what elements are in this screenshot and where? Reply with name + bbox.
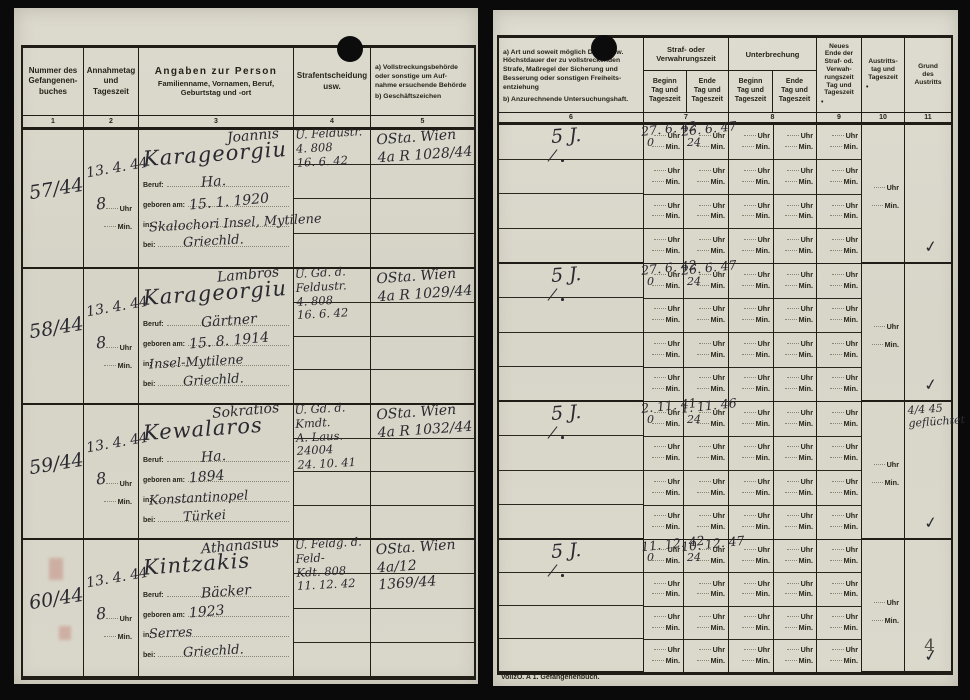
dauer-dot <box>561 159 564 162</box>
geboren-label: geboren am: <box>143 612 289 619</box>
min-label: Min. <box>830 556 858 567</box>
time-subcell: UhrMin. <box>774 264 816 299</box>
time-subcell: UhrMin. <box>774 229 816 263</box>
time-subcell: UhrMin. <box>774 540 816 573</box>
header-strafentscheidung: Strafentscheidung usw. <box>294 48 371 116</box>
time-subcell: UhrMin. <box>644 125 683 160</box>
min-label: Min. <box>785 488 813 499</box>
time-subcell: UhrMin. <box>729 471 773 506</box>
exit-day-cell: Uhr Min. <box>862 125 905 264</box>
min-label: Min. <box>697 656 725 667</box>
time-subcell: UhrMin. <box>644 573 683 606</box>
decision-cell: U. Feldg. d. Feld- Kdt. 808 11. 12. 42 <box>294 540 371 678</box>
interruption-begin-cell: UhrMin.UhrMin.UhrMin.UhrMin. <box>729 402 774 540</box>
min-label: Min. <box>830 211 858 222</box>
duration-cell: 5 J. <box>499 264 644 402</box>
time-subcell: UhrMin. <box>729 299 773 334</box>
uhr-label: Uhr <box>654 131 680 142</box>
header-unterbrechung-ende: Ende Tag und Tageszeit <box>773 71 816 112</box>
new-end-cell: UhrMin.UhrMin.UhrMin.UhrMin. <box>817 402 862 540</box>
min-label: Min. <box>830 142 858 153</box>
uhr-label: Uhr <box>744 201 770 212</box>
uhr-label: Uhr <box>744 304 770 315</box>
prisoner-number-cell: 59/44 <box>23 405 84 540</box>
time-subcell: UhrMin. <box>684 195 728 230</box>
uhr-label: Uhr <box>832 477 858 488</box>
time-subcell: UhrMin. <box>644 264 683 299</box>
interruption-end-cell: UhrMin.UhrMin.UhrMin.UhrMin. <box>774 402 817 540</box>
time-subcell: UhrMin. <box>684 471 728 506</box>
colnum-10: 10 <box>862 113 905 125</box>
time-subcell: UhrMin. <box>817 264 861 299</box>
min-label: Min. <box>742 281 770 292</box>
min-label: Min. <box>697 384 725 395</box>
min-label: Min. <box>742 384 770 395</box>
time-subcell: UhrMin. <box>774 299 816 334</box>
time-subcell: UhrMin. <box>684 437 728 472</box>
time-subcell: UhrMin. <box>729 195 773 230</box>
colnum-4: 4 <box>294 116 371 130</box>
uhr-label: Uhr <box>787 373 813 384</box>
uhr-label: Uhr <box>787 339 813 350</box>
uhr-label: Uhr <box>654 166 680 177</box>
uhr-label: Uhr <box>832 131 858 142</box>
colnum-8: 8 <box>729 113 817 125</box>
time-subcell: UhrMin. <box>684 299 728 334</box>
geboren-label: geboren am: <box>143 477 289 484</box>
uhr-label: Uhr <box>654 235 680 246</box>
time-subcell: UhrMin. <box>729 437 773 472</box>
time-subcell: UhrMin. <box>817 607 861 640</box>
new-end-cell: UhrMin.UhrMin.UhrMin.UhrMin. <box>817 125 862 264</box>
uhr-label: Uhr <box>654 511 680 522</box>
check-mark: ✓ <box>922 374 938 395</box>
min-label: Min. <box>830 281 858 292</box>
min-label: Min. <box>697 589 725 600</box>
person-cell: Beruf: geboren am: in: bei: Lambros Kara… <box>139 269 294 405</box>
min-label: Min. <box>785 177 813 188</box>
min-label: Min. <box>697 350 725 361</box>
header-annahmetag: Annahmetag und Tageszeit <box>84 48 139 116</box>
exit-day-cell: Uhr Min. <box>862 402 905 540</box>
interruption-begin-cell: UhrMin.UhrMin.UhrMin.UhrMin. <box>729 540 774 673</box>
min-label: Min. <box>785 281 813 292</box>
min-label: Min. <box>785 453 813 464</box>
uhr-label: Uhr <box>787 235 813 246</box>
uhr-label: Uhr <box>699 235 725 246</box>
time-subcell: UhrMin. <box>817 229 861 263</box>
uhr-label: Uhr <box>654 579 680 590</box>
interruption-end-cell: UhrMin.UhrMin.UhrMin.UhrMin. <box>774 125 817 264</box>
dauer-dot <box>561 436 564 439</box>
min-label: Min. <box>830 522 858 533</box>
colnum-6: 6 <box>499 113 644 125</box>
header-austrittstag-label: Austritts- tag und Tageszeit <box>868 58 898 81</box>
uhr-label: Uhr <box>699 579 725 590</box>
min-label: Min. <box>742 589 770 600</box>
uhr-label: Uhr <box>699 373 725 384</box>
uhr-label: Uhr <box>654 304 680 315</box>
colnum-7: 7 <box>644 113 729 125</box>
min-label: Min. <box>697 453 725 464</box>
time-subcell: UhrMin. <box>729 333 773 368</box>
time-subcell: UhrMin. <box>644 437 683 472</box>
time-subcell: UhrMin. <box>729 229 773 263</box>
duration-cell: 5 J. <box>499 125 644 264</box>
header-strafzeit: Straf- oder Verwahrungszeit Beginn Tag u… <box>644 38 729 113</box>
min-label: Min. <box>697 211 725 222</box>
uhr-label: Uhr <box>654 612 680 623</box>
uhr-label: Uhr <box>744 579 770 590</box>
bei-label: bei: <box>143 652 289 659</box>
uhr-label: Uhr <box>699 511 725 522</box>
uhr-label: Uhr <box>699 339 725 350</box>
subrow-ruling <box>371 130 474 267</box>
time-subcell: UhrMin. <box>817 195 861 230</box>
uhr-label: Uhr <box>699 477 725 488</box>
min-label: Min. <box>742 142 770 153</box>
time-subcell: UhrMin. <box>684 229 728 263</box>
in-label: in: <box>143 361 289 368</box>
beruf-label: Beruf: <box>143 592 289 599</box>
header-nummer: Nummer des Gefangenen- buches <box>23 48 84 116</box>
end-time-cell: 26. 6. 47 24 UhrMin.UhrMin.UhrMin.UhrMin… <box>684 264 729 402</box>
min-label: Min. <box>830 419 858 430</box>
time-subcell: UhrMin. <box>774 573 816 606</box>
uhr-label: Uhr <box>699 270 725 281</box>
check-mark: ✓ <box>922 236 938 257</box>
min-label: Min. <box>652 177 680 188</box>
time-subcell: UhrMin. <box>684 264 728 299</box>
min-label: Min. <box>872 340 899 349</box>
decision-cell: U. Feldustr. 4. 808 16. 6. 42 <box>294 130 371 269</box>
min-label: Min. <box>785 315 813 326</box>
uhr-label: Uhr <box>744 612 770 623</box>
bei-label: bei: <box>143 517 289 524</box>
header-behoerde-a: a) Vollstreckungsbehörde oder sonstige u… <box>375 64 466 90</box>
min-label: Min. <box>785 384 813 395</box>
time-subcell: UhrMin. <box>817 160 861 195</box>
uhr-label: Uhr <box>699 201 725 212</box>
uhr-label: Uhr <box>787 545 813 556</box>
colnum-1: 1 <box>23 116 84 130</box>
min-label: Min. <box>652 656 680 667</box>
surname: Karageorgiu <box>142 137 287 171</box>
exit-reason-cell: ✓ <box>905 125 951 264</box>
uhr-label: Uhr <box>106 204 132 213</box>
begin-time-cell: 27. 6. 42 0 UhrMin.UhrMin.UhrMin.UhrMin. <box>644 264 684 402</box>
time-subcell: UhrMin. <box>729 125 773 160</box>
time-subcell: UhrMin. <box>684 506 728 540</box>
uhr-label: Uhr <box>744 645 770 656</box>
colnum-11: 11 <box>905 113 951 125</box>
header-neues-ende-label: Neues Ende der Straf- od. Verwah- rungsz… <box>824 43 854 97</box>
min-label: Min. <box>652 488 680 499</box>
prisoner-number: 60/44 <box>28 584 86 614</box>
duration-cell: 5 J. <box>499 540 644 673</box>
geboren-label: geboren am: <box>143 202 289 209</box>
uhr-label: Uhr <box>699 408 725 419</box>
header-annahmetag-label: Annahmetag und Tageszeit <box>87 66 135 97</box>
red-pencil-mark <box>59 626 71 640</box>
bei-label: bei: <box>143 242 289 249</box>
interruption-begin-cell: UhrMin.UhrMin.UhrMin.UhrMin. <box>729 125 774 264</box>
subrow-ruling <box>371 405 474 538</box>
time-subcell: UhrMin. <box>774 506 816 540</box>
min-label: Min. <box>785 623 813 634</box>
colnum-5: 5 <box>371 116 474 130</box>
time-subcell: UhrMin. <box>774 640 816 672</box>
min-label: Min. <box>697 488 725 499</box>
min-label: Min. <box>697 315 725 326</box>
subrow-ruling <box>499 540 643 671</box>
prisoner-number: 57/44 <box>28 174 86 204</box>
in-label: in: <box>143 497 289 504</box>
hole-punch-left <box>337 36 363 62</box>
uhr-label: Uhr <box>787 270 813 281</box>
header-angaben-title: Angaben zur Person <box>155 66 277 77</box>
uhr-label: Uhr <box>874 322 899 331</box>
right-page: a) Art und soweit möglich Dauer bzw. Höc… <box>493 10 958 686</box>
subrow-ruling <box>499 264 643 400</box>
authority-cell: OSta. Wien 4a R 1032/44 <box>371 405 474 540</box>
bei-label: bei: <box>143 381 289 388</box>
min-label: Min. <box>742 556 770 567</box>
time-subcell: UhrMin. <box>684 607 728 640</box>
hole-punch-right <box>591 35 617 61</box>
end-time-cell: 26. 6. 47 24 UhrMin.UhrMin.UhrMin.UhrMin… <box>684 125 729 264</box>
uhr-label: Uhr <box>744 270 770 281</box>
time-subcell: UhrMin. <box>684 125 728 160</box>
min-label: Min. <box>830 488 858 499</box>
dauer-dot <box>561 298 564 301</box>
uhr-label: Uhr <box>654 645 680 656</box>
duration-cell: 5 J. <box>499 402 644 540</box>
admission-cell: 13. 4. 44 8 Uhr Min. <box>84 130 139 269</box>
uhr-label: Uhr <box>874 183 899 192</box>
uhr-label: Uhr <box>787 579 813 590</box>
min-label: Min. <box>697 522 725 533</box>
uhr-label: Uhr <box>744 131 770 142</box>
min-label: Min. <box>652 453 680 464</box>
min-label: Min. <box>652 142 680 153</box>
time-subcell: UhrMin. <box>729 573 773 606</box>
prisoner-number-cell: 57/44 <box>23 130 84 269</box>
min-label: Min. <box>830 177 858 188</box>
admission-cell: 13. 4. 44 8 Uhr Min. <box>84 269 139 405</box>
min-label: Min. <box>652 384 680 395</box>
min-label: Min. <box>830 315 858 326</box>
min-label: Min. <box>742 623 770 634</box>
time-subcell: UhrMin. <box>729 607 773 640</box>
min-label: Min. <box>830 350 858 361</box>
min-label: Min. <box>697 419 725 430</box>
time-subcell: UhrMin. <box>774 160 816 195</box>
min-label: Min. <box>652 522 680 533</box>
uhr-label: Uhr <box>699 545 725 556</box>
uhr-label: Uhr <box>832 201 858 212</box>
uhr-label: Uhr <box>787 408 813 419</box>
header-grund-label: Grund des Austritts <box>914 63 941 86</box>
uhr-label: Uhr <box>699 612 725 623</box>
uhr-label: Uhr <box>832 408 858 419</box>
begin-time-cell: 27. 6. 42 0 UhrMin.UhrMin.UhrMin.UhrMin. <box>644 125 684 264</box>
min-label: Min. <box>742 177 770 188</box>
uhr-label: Uhr <box>106 614 132 623</box>
min-label: Min. <box>652 246 680 257</box>
min-label: Min. <box>652 315 680 326</box>
time-subcell: UhrMin. <box>817 402 861 437</box>
time-subcell: UhrMin. <box>817 299 861 334</box>
min-label: Min. <box>830 623 858 634</box>
uhr-label: Uhr <box>832 166 858 177</box>
uhr-label: Uhr <box>106 343 132 352</box>
min-label: Min. <box>742 656 770 667</box>
uhr-label: Uhr <box>832 339 858 350</box>
time-subcell: UhrMin. <box>644 540 683 573</box>
min-label: Min. <box>742 453 770 464</box>
uhr-label: Uhr <box>874 460 899 469</box>
header-nummer-label: Nummer des Gefangenen- buches <box>29 66 78 97</box>
prisoner-number: 59/44 <box>28 449 86 479</box>
min-label: Min. <box>652 589 680 600</box>
time-subcell: UhrMin. <box>644 471 683 506</box>
uhr-label: Uhr <box>654 442 680 453</box>
beruf-label: Beruf: <box>143 457 289 464</box>
authority-cell: OSta. Wien 4a R 1028/44 <box>371 130 474 269</box>
time-subcell: UhrMin. <box>644 402 683 437</box>
time-subcell: UhrMin. <box>817 506 861 540</box>
uhr-label: Uhr <box>787 201 813 212</box>
time-subcell: UhrMin. <box>729 402 773 437</box>
header-strafzeit-beginn: Beginn Tag und Tageszeit <box>644 71 687 112</box>
min-label: Min. <box>742 488 770 499</box>
time-subcell: UhrMin. <box>817 125 861 160</box>
time-subcell: UhrMin. <box>817 437 861 472</box>
dauer-dot <box>561 574 564 577</box>
end-time-cell: 1. 11. 46 24 UhrMin.UhrMin.UhrMin.UhrMin… <box>684 402 729 540</box>
time-subcell: UhrMin. <box>774 402 816 437</box>
min-label: Min. <box>830 589 858 600</box>
authority-cell: OSta. Wien 4a R 1029/44 <box>371 269 474 405</box>
header-angaben-sub: Familienname, Vornamen, Beruf, Geburtsta… <box>158 79 274 98</box>
person-cell: Beruf: geboren am: in: bei: Athanasius K… <box>139 540 294 678</box>
time-subcell: UhrMin. <box>774 437 816 472</box>
subrow-ruling <box>294 130 370 267</box>
uhr-label: Uhr <box>787 304 813 315</box>
header-unterbrechung-beginn: Beginn Tag und Tageszeit <box>729 71 773 112</box>
colnum-2: 2 <box>84 116 139 130</box>
min-label: Min. <box>785 211 813 222</box>
time-subcell: UhrMin. <box>684 333 728 368</box>
min-label: Min. <box>785 556 813 567</box>
uhr-label: Uhr <box>787 511 813 522</box>
time-subcell: UhrMin. <box>817 540 861 573</box>
time-subcell: UhrMin. <box>774 607 816 640</box>
form-footer: VollzO. A 1. Gefangenenbuch. <box>501 674 600 681</box>
time-subcell: UhrMin. <box>774 368 816 402</box>
time-subcell: UhrMin. <box>644 640 683 672</box>
geboren-label: geboren am: <box>143 341 289 348</box>
uhr-label: Uhr <box>654 339 680 350</box>
subrow-ruling <box>371 269 474 403</box>
min-label: Min. <box>742 211 770 222</box>
exit-note: 4/4 45 geflüchtet <box>907 400 965 430</box>
uhr-label: Uhr <box>832 579 858 590</box>
min-label: Min. <box>785 656 813 667</box>
min-label: Min. <box>742 419 770 430</box>
uhr-label: Uhr <box>654 373 680 384</box>
footnote-mark: • <box>821 99 823 107</box>
exit-day-cell: Uhr Min. <box>862 264 905 402</box>
uhr-label: Uhr <box>699 166 725 177</box>
uhr-label: Uhr <box>832 304 858 315</box>
interruption-end-cell: UhrMin.UhrMin.UhrMin.UhrMin. <box>774 540 817 673</box>
min-label: Min. <box>652 281 680 292</box>
uhr-label: Uhr <box>106 479 132 488</box>
min-label: Min. <box>742 315 770 326</box>
time-subcell: UhrMin. <box>774 333 816 368</box>
header-neues-ende: Neues Ende der Straf- od. Verwah- rungsz… <box>817 38 862 113</box>
exit-reason-cell: ✓ <box>905 264 951 402</box>
time-subcell: UhrMin. <box>729 368 773 402</box>
time-subcell: UhrMin. <box>644 195 683 230</box>
uhr-label: Uhr <box>832 612 858 623</box>
min-label: Min. <box>652 556 680 567</box>
uhr-label: Uhr <box>744 545 770 556</box>
left-page: Nummer des Gefangenen- buches Annahmetag… <box>14 8 478 684</box>
new-end-cell: UhrMin.UhrMin.UhrMin.UhrMin. <box>817 540 862 673</box>
subrow-ruling <box>499 125 643 262</box>
min-label: Min. <box>742 350 770 361</box>
time-subcell: UhrMin. <box>729 540 773 573</box>
time-subcell: UhrMin. <box>817 368 861 402</box>
begin-time-cell: 2. 11. 41 0 UhrMin.UhrMin.UhrMin.UhrMin. <box>644 402 684 540</box>
time-subcell: UhrMin. <box>684 640 728 672</box>
time-subcell: UhrMin. <box>817 471 861 506</box>
header-behoerde: a) Vollstreckungsbehörde oder sonstige u… <box>371 48 474 116</box>
time-subcell: UhrMin. <box>644 607 683 640</box>
min-label: Min. <box>697 556 725 567</box>
min-label: Min. <box>104 361 132 370</box>
min-label: Min. <box>785 522 813 533</box>
subrow-ruling <box>294 540 370 676</box>
end-time-cell: 10. 12. 47 24 UhrMin.UhrMin.UhrMin.UhrMi… <box>684 540 729 673</box>
person-cell: Beruf: geboren am: in: bei: Sokratios Ke… <box>139 405 294 540</box>
header-art-dauer-b: b) Anzurechnende Untersuchungshaft. <box>503 96 628 105</box>
new-end-cell: UhrMin.UhrMin.UhrMin.UhrMin. <box>817 264 862 402</box>
min-label: Min. <box>104 632 132 641</box>
uhr-label: Uhr <box>654 545 680 556</box>
uhr-label: Uhr <box>744 373 770 384</box>
subrow-ruling <box>294 405 370 538</box>
header-austrittstag: Austritts- tag und Tageszeit • <box>862 38 905 113</box>
interruption-begin-cell: UhrMin.UhrMin.UhrMin.UhrMin. <box>729 264 774 402</box>
uhr-label: Uhr <box>744 477 770 488</box>
uhr-label: Uhr <box>744 442 770 453</box>
uhr-label: Uhr <box>654 477 680 488</box>
time-subcell: UhrMin. <box>684 160 728 195</box>
uhr-label: Uhr <box>699 442 725 453</box>
min-label: Min. <box>785 142 813 153</box>
uhr-label: Uhr <box>699 131 725 142</box>
header-strafentscheidung-label: Strafentscheidung usw. <box>297 71 367 92</box>
time-subcell: UhrMin. <box>729 640 773 672</box>
prisoner-number: 58/44 <box>28 313 86 343</box>
time-subcell: UhrMin. <box>644 299 683 334</box>
min-label: Min. <box>697 281 725 292</box>
header-strafzeit-title: Straf- oder Verwahrungszeit <box>644 38 728 71</box>
